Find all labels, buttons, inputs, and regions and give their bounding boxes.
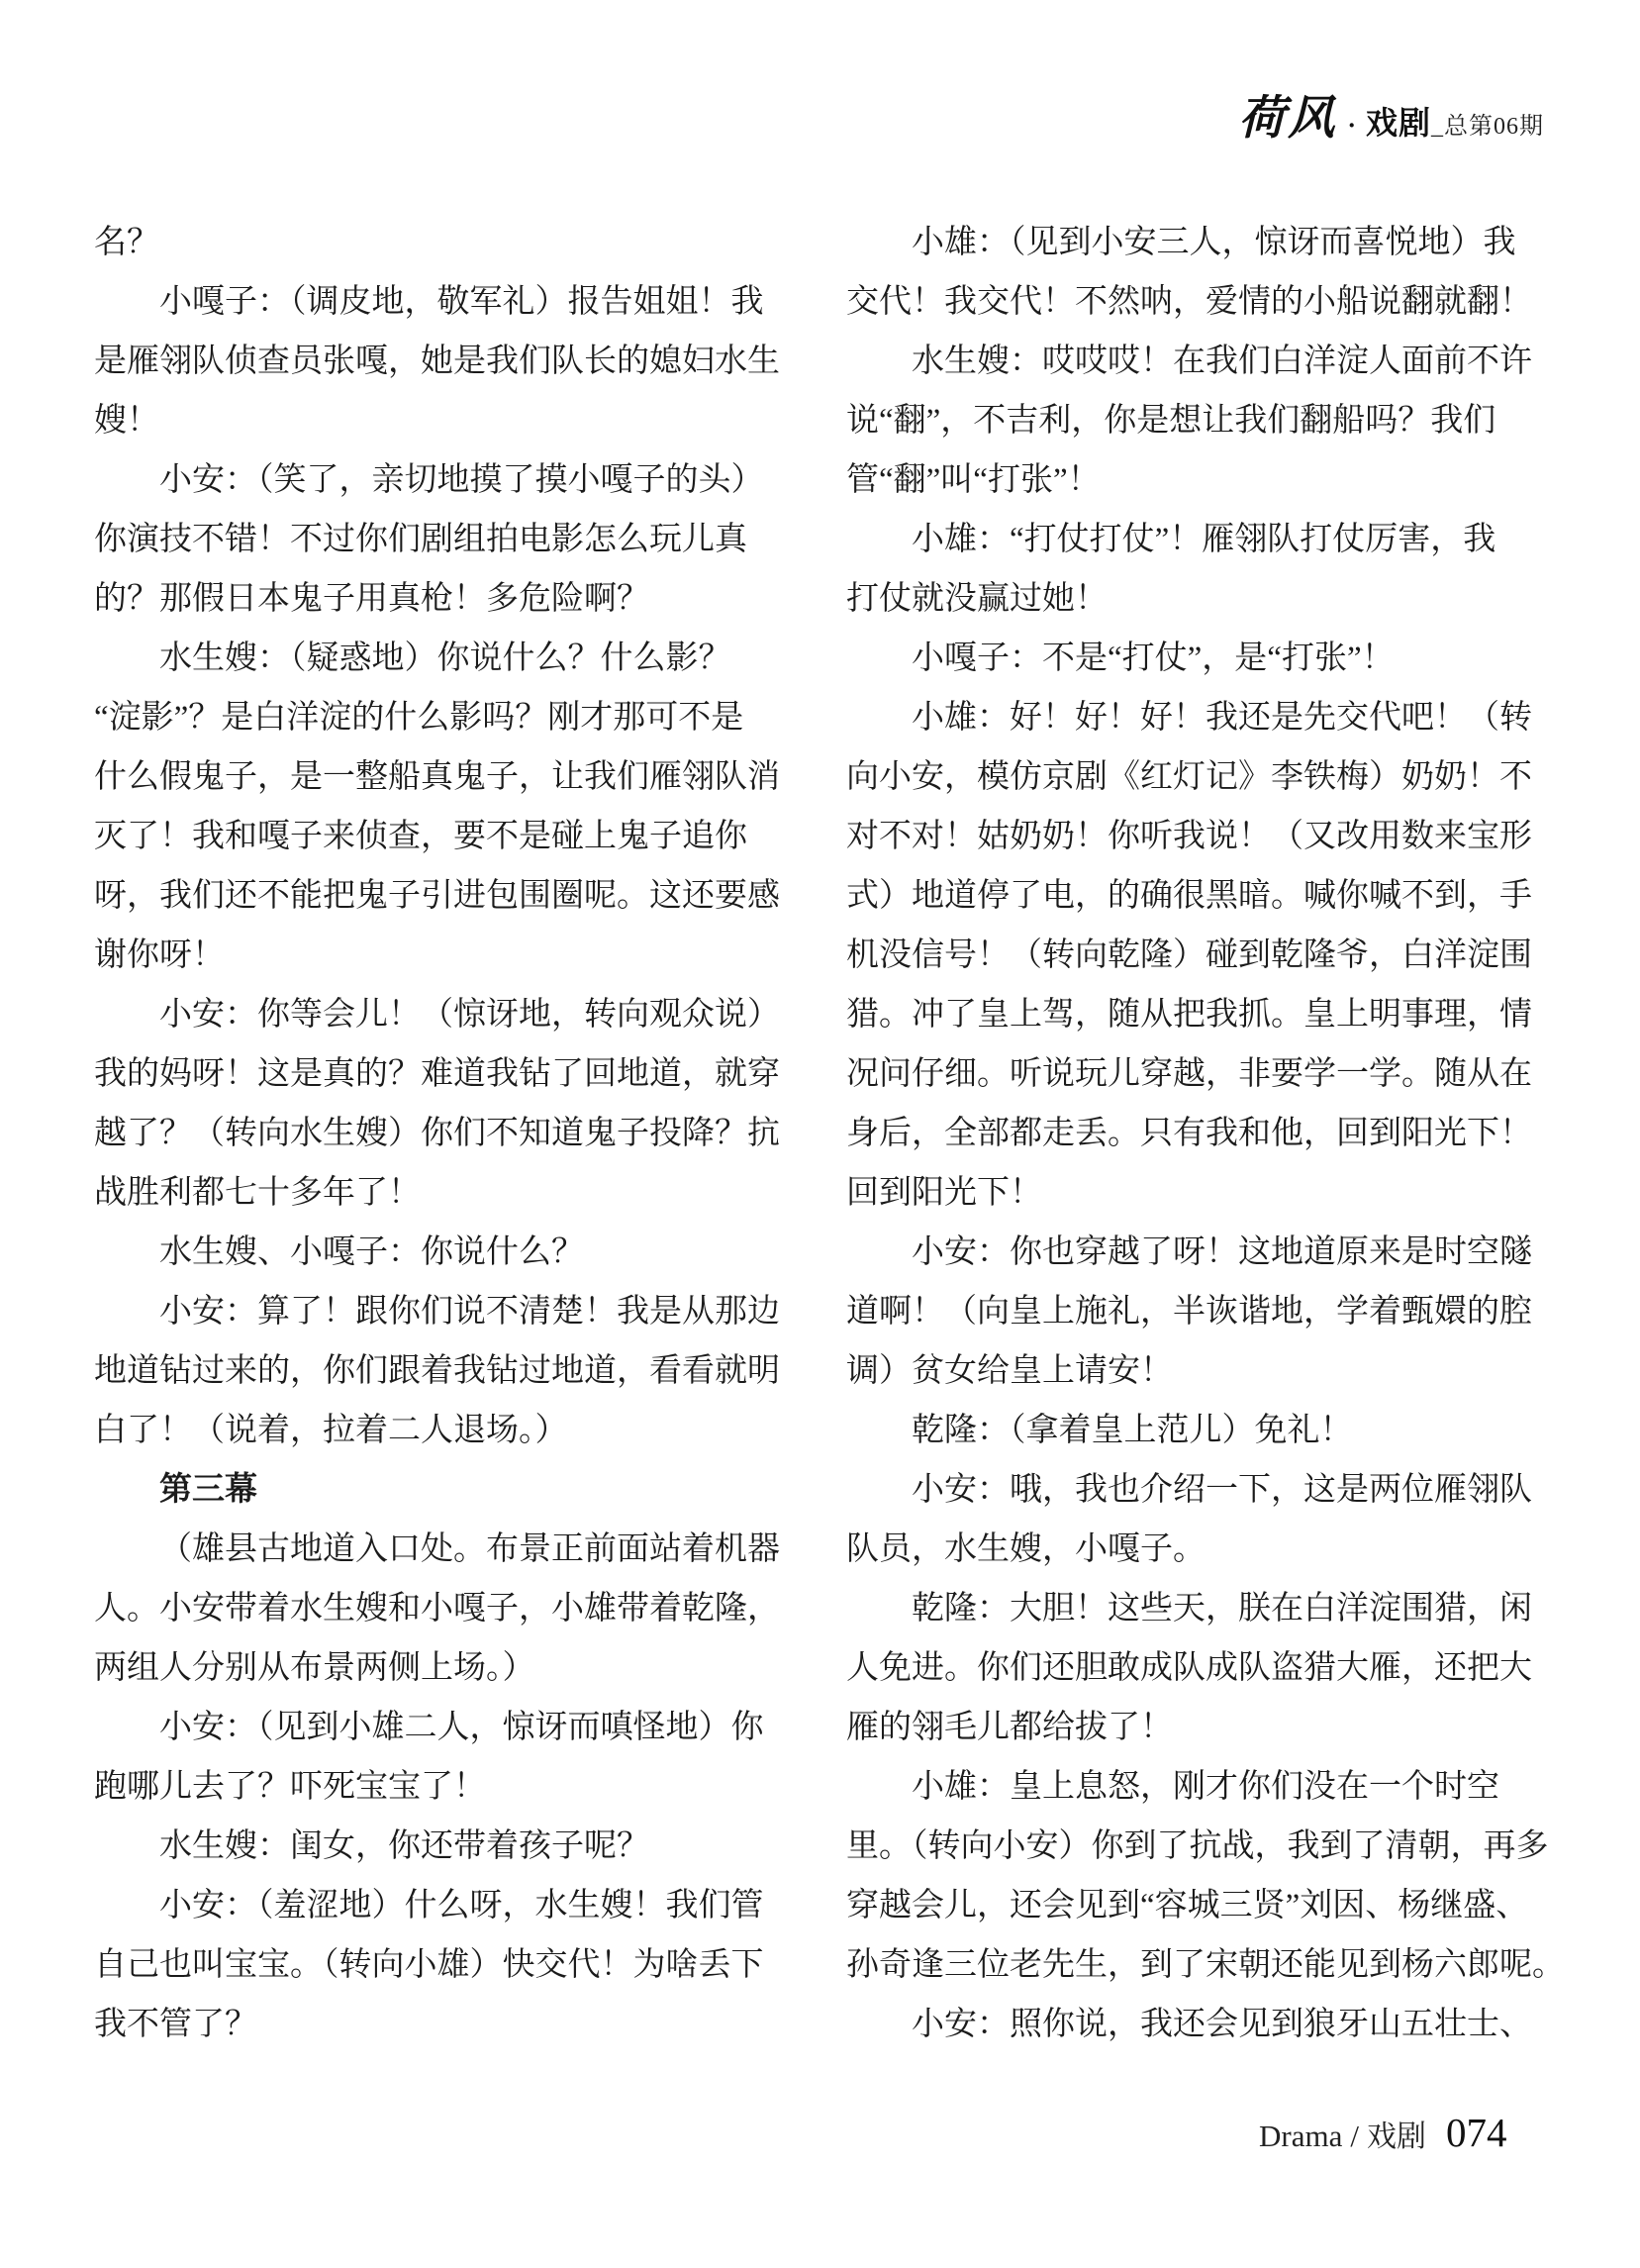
script-line: 身后，全部都走丢。只有我和他，回到阳光下！: [846, 1104, 1534, 1163]
script-line: 水生嫂、小嘎子：你说什么？: [94, 1223, 782, 1282]
page-header: 荷风 · 戏剧 _总第06期: [1238, 81, 1544, 148]
script-line: （雄县古地道入口处。布景正前面站着机器: [94, 1520, 782, 1579]
script-line: 谢你呀！: [94, 926, 782, 985]
script-line: 白了！（说着，拉着二人退场。）: [94, 1401, 782, 1460]
script-line: 小安：（笑了，亲切地摸了摸小嘎子的头）: [94, 450, 782, 510]
script-line: 道啊！（向皇上施礼，半诙谐地，学着甄嬛的腔: [846, 1282, 1534, 1341]
script-line: 人。小安带着水生嫂和小嘎子，小雄带着乾隆，: [94, 1579, 782, 1638]
header-separator-dot: ·: [1347, 111, 1356, 141]
script-line: 对不对！姑奶奶！你听我说！（又改用数来宝形: [846, 807, 1534, 866]
script-line: 小安：哦，我也介绍一下，这是两位雁翎队: [846, 1460, 1534, 1520]
footer-label-en: Drama: [1259, 2119, 1342, 2154]
script-line: 呀，我们还不能把鬼子引进包围圈呢。这还要感: [94, 866, 782, 926]
script-line: 小嘎子：（调皮地，敬军礼）报告姐姐！我: [94, 272, 782, 332]
script-line: 穿越会儿，还会见到“容城三贤”刘因、杨继盛、: [846, 1876, 1534, 1935]
script-line: 灭了！我和嘎子来侦查，要不是碰上鬼子追你: [94, 807, 782, 866]
script-line: 况问仔细。听说玩儿穿越，非要学一学。随从在: [846, 1044, 1534, 1104]
script-line: 嫂！: [94, 391, 782, 450]
script-line: 越了？（转向水生嫂）你们不知道鬼子投降？抗: [94, 1104, 782, 1163]
script-line: 水生嫂：（疑惑地）你说什么？什么影？: [94, 629, 782, 688]
footer-page-number: 074: [1446, 2109, 1507, 2156]
footer-label-zh: 戏剧: [1367, 2112, 1426, 2155]
script-line: 小安：照你说，我还会见到狼牙山五壮士、: [846, 1995, 1534, 2054]
right-column: 小雄：（见到小安三人，惊讶而喜悦地）我交代！我交代！不然呐，爱情的小船说翻就翻！…: [846, 213, 1534, 2054]
script-line: 两组人分别从布景两侧上场。）: [94, 1638, 782, 1698]
script-line: 我不管了？: [94, 1995, 782, 2054]
script-line: 战胜利都七十多年了！: [94, 1163, 782, 1223]
script-line: 小安：算了！跟你们说不清楚！我是从那边: [94, 1282, 782, 1341]
script-line: 什么假鬼子，是一整船真鬼子，让我们雁翎队消: [94, 747, 782, 807]
script-line: 小安：（羞涩地）什么呀，水生嫂！我们管: [94, 1876, 782, 1935]
script-line: 水生嫂：闺女，你还带着孩子呢？: [94, 1817, 782, 1876]
script-line: 乾隆：（拿着皇上范儿）免礼！: [846, 1401, 1534, 1460]
script-line: 向小安，模仿京剧《红灯记》李铁梅）奶奶！不: [846, 747, 1534, 807]
footer-slash: /: [1350, 2119, 1359, 2154]
script-line: 小安：（见到小雄二人，惊讶而嗔怪地）你: [94, 1698, 782, 1757]
script-line: 猎。冲了皇上驾，随从把我抓。皇上明事理，情: [846, 985, 1534, 1044]
script-line: 小安：你等会儿！（惊讶地，转向观众说）: [94, 985, 782, 1044]
script-line: 你演技不错！不过你们剧组拍电影怎么玩儿真: [94, 510, 782, 569]
script-line: 我的妈呀！这是真的？难道我钻了回地道，就穿: [94, 1044, 782, 1104]
script-line: 式）地道停了电，的确很黑暗。喊你喊不到，手: [846, 866, 1534, 926]
script-line: 说“翻”，不吉利，你是想让我们翻船吗？我们: [846, 391, 1534, 450]
script-line: 人免进。你们还胆敢成队成队盗猎大雁，还把大: [846, 1638, 1534, 1698]
magazine-page: 荷风 · 戏剧 _总第06期 名？小嘎子：（调皮地，敬军礼）报告姐姐！我是雁翎队…: [0, 0, 1640, 2268]
script-line: 打仗就没赢过她！: [846, 569, 1534, 629]
script-line: 调）贫女给皇上请安！: [846, 1341, 1534, 1401]
script-line: 自己也叫宝宝。（转向小雄）快交代！为啥丢下: [94, 1935, 782, 1995]
script-line: “淀影”？是白洋淀的什么影吗？刚才那可不是: [94, 688, 782, 747]
script-line: 地道钻过来的，你们跟着我钻过地道，看看就明: [94, 1341, 782, 1401]
page-footer: Drama / 戏剧 074: [1259, 2109, 1506, 2156]
header-issue-number: _总第06期: [1431, 106, 1544, 141]
script-line: 小雄：“打仗打仗”！雁翎队打仗厉害，我: [846, 510, 1534, 569]
script-line: 跑哪儿去了？吓死宝宝了！: [94, 1757, 782, 1817]
script-line: 队员，水生嫂，小嘎子。: [846, 1520, 1534, 1579]
script-line: 是雁翎队侦查员张嘎，她是我们队长的媳妇水生: [94, 332, 782, 391]
script-line: 小嘎子：不是“打仗”，是“打张”！: [846, 629, 1534, 688]
script-line: 雁的翎毛儿都给拔了！: [846, 1698, 1534, 1757]
left-column: 名？小嘎子：（调皮地，敬军礼）报告姐姐！我是雁翎队侦查员张嘎，她是我们队长的媳妇…: [94, 213, 782, 2054]
script-line: 里。（转向小安）你到了抗战，我到了清朝，再多: [846, 1817, 1534, 1876]
script-line: 水生嫂：哎哎哎！在我们白洋淀人面前不许: [846, 332, 1534, 391]
script-line: 名？: [94, 213, 782, 272]
act-heading: 第三幕: [94, 1460, 782, 1520]
script-line: 交代！我交代！不然呐，爱情的小船说翻就翻！: [846, 272, 1534, 332]
script-line: 乾隆：大胆！这些天，朕在白洋淀围猎，闲: [846, 1579, 1534, 1638]
script-line: 小雄：好！好！好！我还是先交代吧！（转: [846, 688, 1534, 747]
script-line: 小雄：皇上息怒，刚才你们没在一个时空: [846, 1757, 1534, 1817]
script-line: 小安：你也穿越了呀！这地道原来是时空隧: [846, 1223, 1534, 1282]
script-line: 孙奇逢三位老先生，到了宋朝还能见到杨六郎呢。: [846, 1935, 1534, 1995]
script-line: 机没信号！（转向乾隆）碰到乾隆爷，白洋淀围: [846, 926, 1534, 985]
header-section-title: 戏剧: [1366, 98, 1431, 144]
script-line: 回到阳光下！: [846, 1163, 1534, 1223]
magazine-logo: 荷风: [1238, 81, 1337, 148]
script-line: 小雄：（见到小安三人，惊讶而喜悦地）我: [846, 213, 1534, 272]
script-line: 的？那假日本鬼子用真枪！多危险啊？: [94, 569, 782, 629]
script-line: 管“翻”叫“打张”！: [846, 450, 1534, 510]
